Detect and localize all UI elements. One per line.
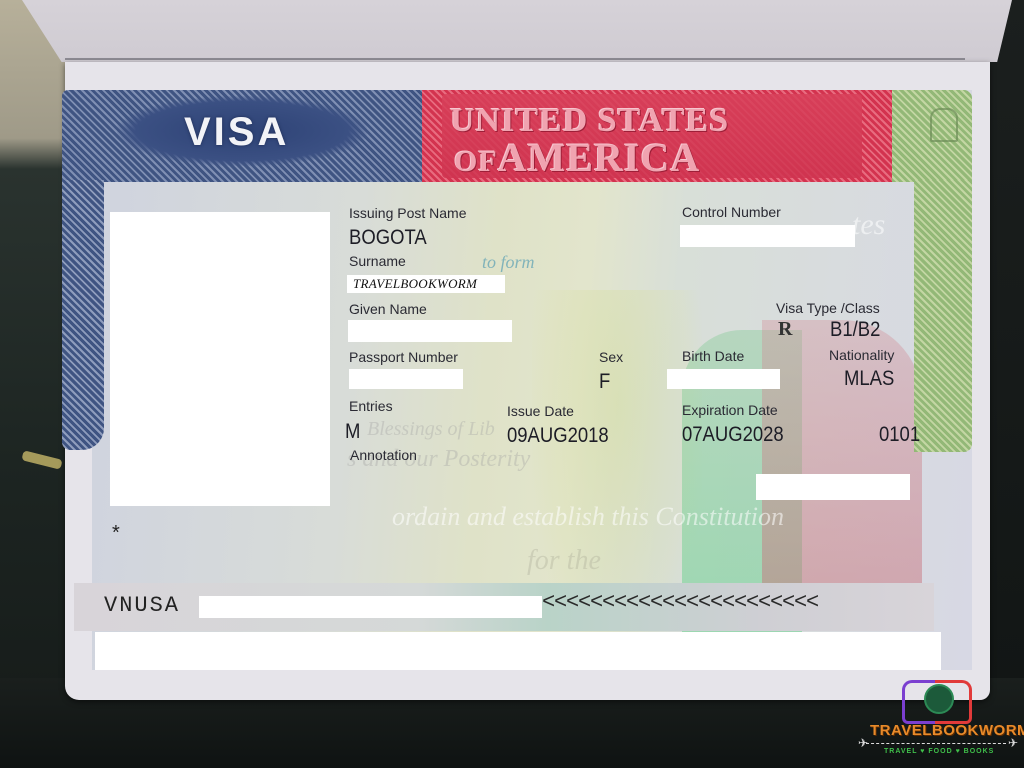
watermark-constitution: ordain and establish this Constitution: [392, 502, 784, 532]
capitol-dome-red: [762, 320, 922, 620]
entries-value: M: [345, 420, 360, 444]
logo-divider: [866, 743, 1006, 744]
sex-label: Sex: [599, 349, 623, 365]
liberty-bell-icon: [930, 108, 958, 142]
nationality-value: MLAS: [844, 367, 894, 391]
expiration-date-label: Expiration Date: [682, 402, 778, 418]
surname-value: TRAVELBOOKWORM: [347, 275, 505, 293]
mrz-line1-fill: <<<<<<<<<<<<<<<<<<<<<<<: [542, 590, 818, 615]
annotation-label: Annotation: [350, 447, 417, 463]
entries-label: Entries: [349, 398, 393, 414]
passport-number-label: Passport Number: [349, 349, 458, 365]
star-mark: *: [112, 522, 120, 545]
logo-tagline: TRAVEL ♥ FOOD ♥ BOOKS: [884, 748, 994, 755]
globe-icon: [924, 684, 954, 714]
watermark-tes: tes: [852, 208, 885, 242]
plane-icon-right: ✈: [1008, 736, 1018, 750]
expiration-date-value: 07AUG2028: [682, 423, 784, 447]
sex-value: F: [599, 370, 610, 394]
travelbookworm-logo: TRAVELBOOKWORM ✈ ✈ TRAVEL ♥ FOOD ♥ BOOKS: [862, 670, 1012, 760]
country-of: OF: [454, 145, 498, 178]
visa-blue-side-band: [62, 180, 104, 450]
visa-foil: VISA UNITED STATES OFAMERICA to form tes…: [62, 90, 977, 700]
visa-title: VISA: [184, 110, 289, 155]
photo-redacted: [110, 212, 330, 506]
visa-type-class-label: Visa Type /Class: [776, 300, 880, 316]
watermark-blessings: Blessings of Lib: [367, 418, 495, 441]
given-name-label: Given Name: [349, 301, 427, 317]
visa-class-value: B1/B2: [830, 318, 880, 342]
country-name-line2: OFAMERICA: [454, 134, 700, 181]
nationality-label: Nationality: [829, 347, 894, 363]
issuing-post-label: Issuing Post Name: [349, 205, 467, 221]
given-name-redacted: [348, 320, 512, 342]
passport-facing-page: [22, 0, 1012, 62]
mrz-line1-redacted: [199, 596, 542, 618]
control-number-label: Control Number: [682, 204, 781, 220]
passport-number-redacted: [349, 369, 463, 389]
watermark-for-the: for the: [527, 545, 601, 577]
plane-icon-left: ✈: [858, 736, 868, 750]
mrz-line1-prefix: VNUSA: [104, 593, 180, 618]
birth-date-redacted: [667, 369, 780, 389]
issuing-post-value: BOGOTA: [349, 226, 427, 250]
extra-code-value: 0101: [879, 423, 920, 447]
watermark-to-form: to form: [482, 252, 535, 273]
issue-date-label: Issue Date: [507, 403, 574, 419]
issue-date-value: 09AUG2018: [507, 424, 609, 448]
surname-label: Surname: [349, 253, 406, 269]
country-america: AMERICA: [498, 135, 701, 180]
visa-green-side-band: [914, 180, 972, 452]
annotation-redacted: [756, 474, 910, 500]
logo-name: TRAVELBOOKWORM: [870, 722, 1024, 739]
control-number-redacted: [680, 225, 855, 247]
background-left: [0, 0, 70, 768]
page-fold-line: [65, 58, 965, 60]
visa-type-value: R: [778, 318, 792, 341]
mrz-line2-redacted: [95, 632, 941, 670]
birth-date-label: Birth Date: [682, 348, 744, 364]
